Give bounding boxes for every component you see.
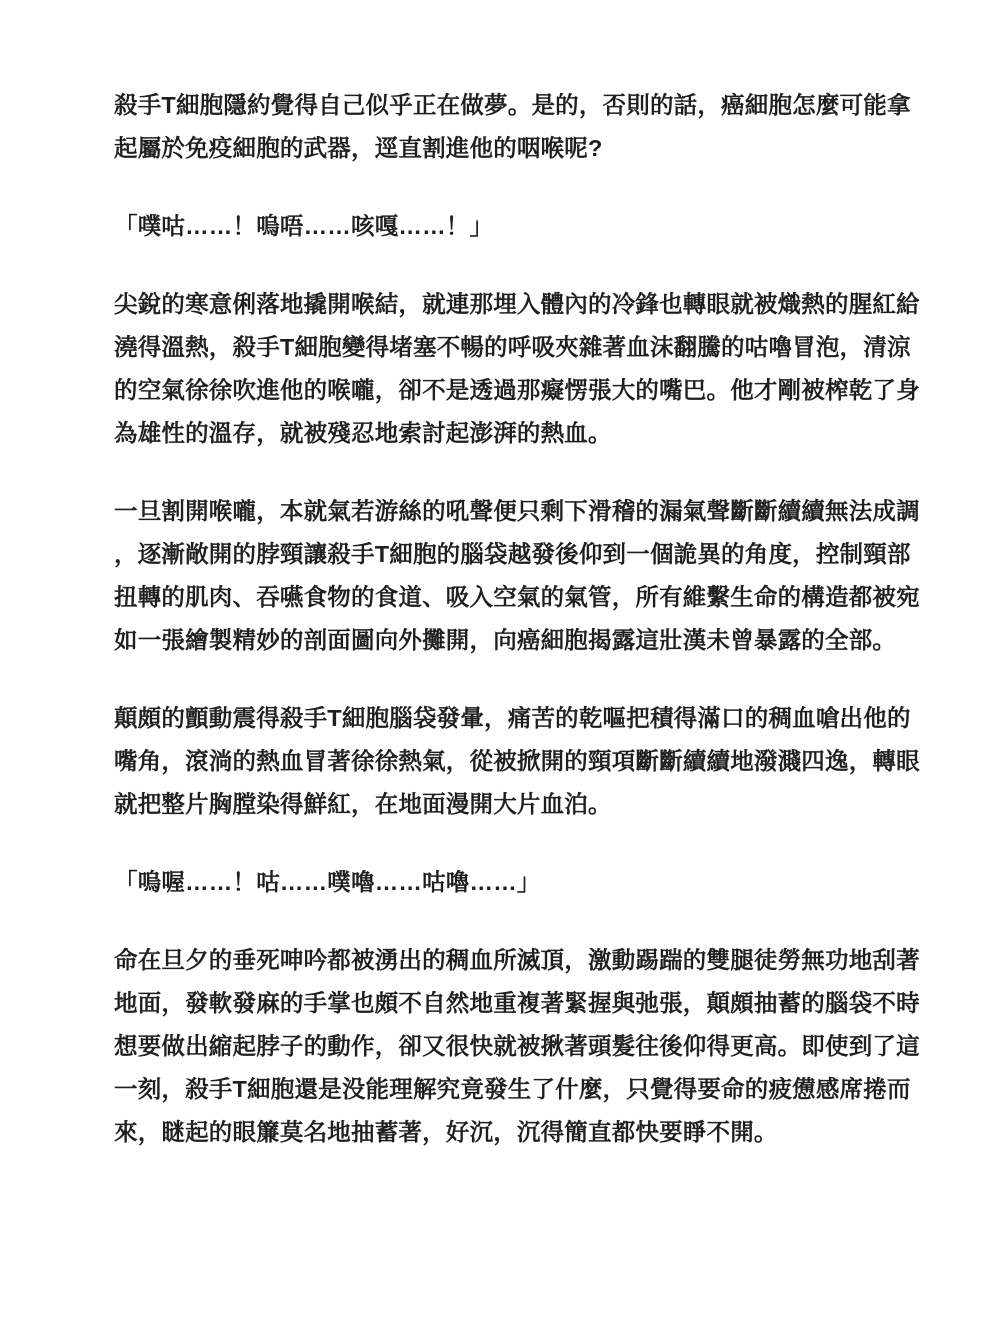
paragraph-narration: 一旦割開喉嚨，本就氣若游絲的吼聲便只剩下滑稽的漏氣聲斷斷續續無法成調，逐漸敞開的… xyxy=(114,490,914,662)
text-column: 殺手T細胞隱約覺得自己似乎正在做夢。是的，否則的話，癌細胞怎麼可能拿起屬於免疫細… xyxy=(114,84,914,1189)
text-line: 來，瞇起的眼簾莫名地抽蓄著，好沉，沉得簡直都快要睜不開。 xyxy=(114,1111,914,1154)
paragraph-narration: 顛頗的顫動震得殺手T細胞腦袋發暈，痛苦的乾嘔把積得滿口的稠血嗆出他的嘴角，滾淌的… xyxy=(114,697,914,826)
text-line: 命在旦夕的垂死呻吟都被湧出的稠血所滅頂，激動踢踹的雙腿徒勞無功地刮著 xyxy=(114,939,914,982)
text-line: 一刻，殺手T細胞還是没能理解究竟發生了什麼，只覺得要命的疲憊感席捲而 xyxy=(114,1068,914,1111)
text-line: 起屬於免疫細胞的武器，逕直割進他的咽喉呢? xyxy=(114,127,914,170)
text-line: 尖銳的寒意俐落地撬開喉結，就連那埋入體內的冷鋒也轉眼就被熾熱的腥紅給 xyxy=(114,283,914,326)
text-line: 地面，發軟發麻的手掌也頗不自然地重複著緊握與弛張，顛頗抽蓄的腦袋不時 xyxy=(114,982,914,1025)
text-line: 「噗咕……！嗚唔……咳嘎……！」 xyxy=(114,205,914,248)
text-line: 的空氣徐徐吹進他的喉嚨，卻不是透過那癡愣張大的嘴巴。他才剛被榨乾了身 xyxy=(114,369,914,412)
text-line: 扭轉的肌肉、吞嚥食物的食道、吸入空氣的氣管，所有維繫生命的構造都被宛 xyxy=(114,576,914,619)
text-line: 就把整片胸膛染得鮮紅，在地面漫開大片血泊。 xyxy=(114,783,914,826)
paragraph-narration: 尖銳的寒意俐落地撬開喉結，就連那埋入體內的冷鋒也轉眼就被熾熱的腥紅給澆得溫熱，殺… xyxy=(114,283,914,455)
paragraph-dialogue: 「噗咕……！嗚唔……咳嘎……！」 xyxy=(114,205,914,248)
text-line: 顛頗的顫動震得殺手T細胞腦袋發暈，痛苦的乾嘔把積得滿口的稠血嗆出他的 xyxy=(114,697,914,740)
text-line: 一旦割開喉嚨，本就氣若游絲的吼聲便只剩下滑稽的漏氣聲斷斷續續無法成調 xyxy=(114,490,914,533)
document-page: 殺手T細胞隱約覺得自己似乎正在做夢。是的，否則的話，癌細胞怎麼可能拿起屬於免疫細… xyxy=(0,0,1000,1334)
text-line: 為雄性的溫存，就被殘忍地索討起澎湃的熱血。 xyxy=(114,412,914,455)
text-line: ，逐漸敞開的脖頸讓殺手T細胞的腦袋越發後仰到一個詭異的角度，控制頸部 xyxy=(114,533,914,576)
text-line: 「嗚喔……！咕……噗嚕……咕嚕……」 xyxy=(114,861,914,904)
paragraph-narration: 殺手T細胞隱約覺得自己似乎正在做夢。是的，否則的話，癌細胞怎麼可能拿起屬於免疫細… xyxy=(114,84,914,170)
text-line: 想要做出縮起脖子的動作，卻又很快就被揪著頭髮往後仰得更高。即使到了這 xyxy=(114,1025,914,1068)
text-line: 殺手T細胞隱約覺得自己似乎正在做夢。是的，否則的話，癌細胞怎麼可能拿 xyxy=(114,84,914,127)
text-line: 如一張繪製精妙的剖面圖向外攤開，向癌細胞揭露這壯漢未曾暴露的全部。 xyxy=(114,619,914,662)
paragraph-dialogue: 「嗚喔……！咕……噗嚕……咕嚕……」 xyxy=(114,861,914,904)
text-line: 嘴角，滾淌的熱血冒著徐徐熱氣，從被掀開的頸項斷斷續續地潑濺四逸，轉眼 xyxy=(114,740,914,783)
text-line: 澆得溫熱，殺手T細胞變得堵塞不暢的呼吸夾雜著血沫翻騰的咕嚕冒泡，清涼 xyxy=(114,326,914,369)
paragraph-narration: 命在旦夕的垂死呻吟都被湧出的稠血所滅頂，激動踢踹的雙腿徒勞無功地刮著地面，發軟發… xyxy=(114,939,914,1154)
